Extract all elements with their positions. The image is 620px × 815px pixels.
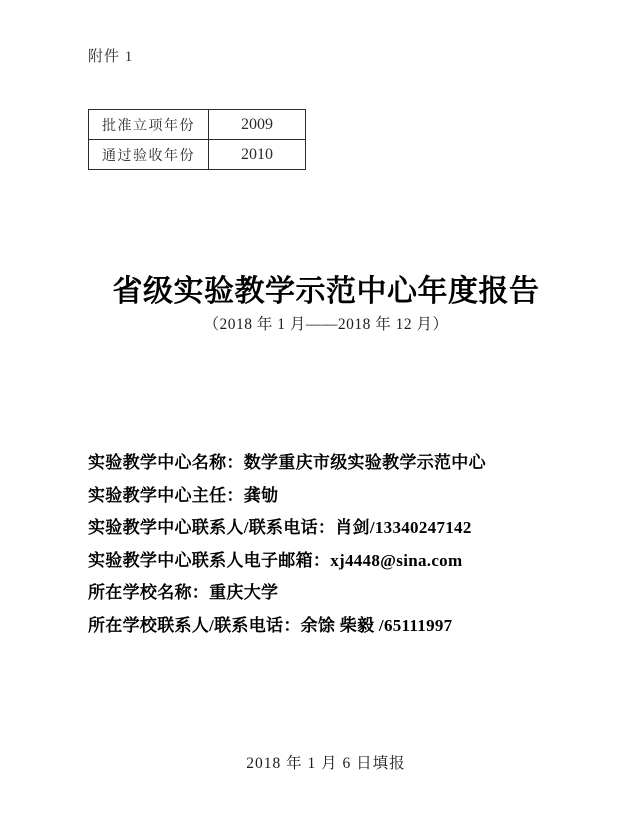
report-title: 省级实验教学示范中心年度报告: [32, 266, 620, 310]
attachment-label: 附件 1: [88, 45, 133, 66]
approval-years-table: 批准立项年份 2009 通过验收年份 2010: [88, 109, 306, 170]
info-line-school-contact-phone: 所在学校联系人/联系电话：余馀 柴毅 /65111997: [88, 610, 558, 643]
acceptance-year-label: 通过验收年份: [89, 140, 209, 170]
table-row: 批准立项年份 2009: [89, 110, 306, 140]
document-page: 附件 1 批准立项年份 2009 通过验收年份 2010 省级实验教学示范中心年…: [0, 0, 620, 815]
footer-fill-date: 2018 年 1 月 6 日填报: [32, 751, 620, 773]
acceptance-year-value: 2010: [209, 140, 306, 170]
info-line-center-contact-email: 实验教学中心联系人电子邮箱：xj4448@sina.com: [88, 545, 558, 578]
center-info-list: 实验教学中心名称：数学重庆市级实验教学示范中心 实验教学中心主任：龚劬 实验教学…: [88, 447, 558, 643]
report-period-subtitle: （2018 年 1 月——2018 年 12 月）: [32, 312, 620, 334]
approval-year-label: 批准立项年份: [89, 110, 209, 140]
info-line-school-name: 所在学校名称：重庆大学: [88, 577, 558, 610]
info-line-center-name: 实验教学中心名称：数学重庆市级实验教学示范中心: [88, 447, 558, 480]
table-row: 通过验收年份 2010: [89, 140, 306, 170]
info-line-center-contact-phone: 实验教学中心联系人/联系电话：肖剑/13340247142: [88, 512, 558, 545]
info-line-center-director: 实验教学中心主任：龚劬: [88, 480, 558, 513]
approval-year-value: 2009: [209, 110, 306, 140]
